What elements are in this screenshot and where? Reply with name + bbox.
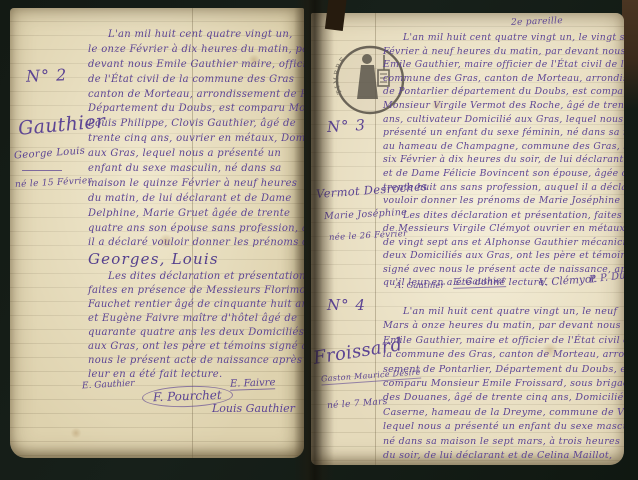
signature: E. Gauthier — [82, 379, 135, 392]
handwritten-line: de vingt sept ans et Alphonse Gauthier m… — [383, 236, 624, 249]
handwritten-line: Louis Philippe, Clovis Gauthier, âgé de — [88, 117, 304, 132]
handwritten-line: Mars à onze heures du matin, par devant … — [383, 319, 624, 333]
handwritten-line: enfant du sexe masculin, né dans sa — [88, 162, 304, 177]
handwritten-line: maison le quinze Février à neuf heures — [88, 177, 304, 192]
handwritten-line: Février à neuf heures du matin, par deva… — [383, 45, 624, 59]
handwritten-line: Les dites déclaration et présentation, f… — [383, 209, 624, 222]
handwritten-line: L'an mil huit cent quatre vingt un, le v… — [383, 31, 624, 45]
handwritten-line: sement de Pontarlier, Département du Dou… — [383, 363, 624, 377]
handwritten-line: Emile Gauthier, maire officier de l'État… — [383, 58, 624, 72]
act-body-witnesses: Les dites déclaration et présentationfai… — [88, 270, 304, 382]
margin-given-names: George Louis — [14, 146, 86, 162]
handwritten-line: ans, cultivateur Domicilié aux Gras, leq… — [383, 113, 624, 127]
signature: E. Faivre — [230, 377, 276, 391]
register-photo: N° 2 Gauthier George Louis né le 15 Févr… — [0, 0, 638, 480]
act-number: N° 2 — [26, 65, 68, 85]
handwritten-line: vouloir donner les prénoms de Marie José… — [383, 194, 624, 208]
handwritten-line: quarante quatre ans les deux Domiciliés — [88, 326, 304, 340]
handwritten-line: Les dites déclaration et présentation — [88, 270, 304, 284]
handwritten-line: Delphine, Marie Gruet âgée de trente — [88, 207, 304, 222]
handwritten-line: Caserne, hameau de la Dreyme, commune de… — [383, 406, 624, 420]
handwritten-line: comparu Monsieur Emile Froissard, sous b… — [383, 377, 624, 391]
handwritten-line: trente cinq ans, ouvrier en métaux, Domi… — [88, 132, 304, 147]
handwritten-line: et de Dame Félicie Bovincent son épouse,… — [383, 167, 624, 181]
margin-divider — [22, 170, 62, 171]
handwritten-line: nous le présent acte de naissance après … — [88, 354, 304, 368]
left-page: N° 2 Gauthier George Louis né le 15 Févr… — [10, 8, 304, 458]
handwritten-line: de Messieurs Virgile Clémyot ouvrier en … — [383, 222, 624, 235]
book-edge — [622, 0, 638, 110]
handwritten-line: canton de Morteau, arrondissement de Pon… — [88, 88, 304, 103]
handwritten-line: né dans sa maison le sept mars, à trois … — [383, 435, 624, 449]
handwritten-line: aux Gras, ont les père et témoins signé … — [88, 340, 304, 354]
signature: A. Gauthier — [395, 281, 445, 291]
margin-birth-note: né le 15 Février — [15, 176, 93, 190]
act-number: N° 3 — [327, 116, 367, 136]
handwritten-line: des Douanes, âgé de trente cinq ans, Dom… — [383, 391, 624, 405]
handwritten-line: quatre ans son épouse sans profession, a… — [88, 222, 304, 237]
handwritten-line: Emile Gauthier, maire et officier de l'É… — [383, 334, 624, 348]
act-body: L'an mil huit cent quatre vingt un, le n… — [383, 305, 624, 463]
corner-note: 2e pareille — [511, 16, 563, 28]
handwritten-line: Monsieur Virgile Vermot des Roche, âgé d… — [383, 99, 624, 113]
signature: E. Gauthier — [453, 276, 506, 289]
child-name: Georges, Louis — [88, 250, 219, 268]
handwritten-line: aux Gras, lequel nous a présenté un — [88, 147, 304, 162]
foxing-stain — [70, 428, 82, 438]
handwritten-line: lequel nous a présenté un enfant du sexe… — [383, 420, 624, 434]
handwritten-line: présenté un enfant du sexe féminin, né d… — [383, 126, 624, 140]
handwritten-line: au hameau de Champagne, commune des Gras… — [383, 140, 624, 154]
handwritten-line: trente huit ans sans profession, auquel … — [383, 181, 624, 195]
handwritten-line: commune des Gras, canton de Morteau, arr… — [383, 72, 624, 86]
handwritten-line: le onze Février à dix heures du matin, p… — [88, 43, 304, 58]
handwritten-line: L'an mil huit cent quatre vingt un, le n… — [383, 305, 624, 319]
handwritten-line: de Pontarlier département du Doubs, est … — [383, 85, 624, 99]
handwritten-line: six Février à dix heures du soir, de lui… — [383, 153, 624, 167]
handwritten-line: du soir, de lui déclarant et de Celina M… — [383, 449, 624, 463]
handwritten-line: devant nous Emile Gauthier maire, offici… — [88, 58, 304, 73]
margin-birth-note: né le 7 Mars — [327, 397, 388, 411]
act-body: L'an mil huit cent quatre vingt un,le on… — [88, 28, 304, 251]
handwritten-line: de l'État civil de la commune des Gras — [88, 73, 304, 88]
handwritten-line: et Eugène Faivre maître d'hôtel âgé de — [88, 312, 304, 326]
handwritten-line: la commune des Gras, canton de Morteau, … — [383, 348, 624, 362]
handwritten-line: L'an mil huit cent quatre vingt un, — [88, 28, 304, 43]
handwritten-line: faites en présence de Messieurs Florimon… — [88, 284, 304, 298]
handwritten-line: du matin, de lui déclarant et de Dame — [88, 192, 304, 207]
handwritten-line: Département du Doubs, est comparu Monsie… — [88, 102, 304, 117]
signature: Louis Gauthier — [212, 402, 295, 415]
right-page: 2e pareille TIMBRE N° 3 Vermot Desroches… — [311, 13, 624, 465]
act-body: L'an mil huit cent quatre vingt un, le v… — [383, 31, 624, 208]
handwritten-line: Fauchet rentier âgé de cinquante huit an… — [88, 298, 304, 312]
act-number: N° 4 — [327, 296, 366, 314]
handwritten-line: deux Domiciliés aux Gras, ont les père e… — [383, 249, 624, 262]
